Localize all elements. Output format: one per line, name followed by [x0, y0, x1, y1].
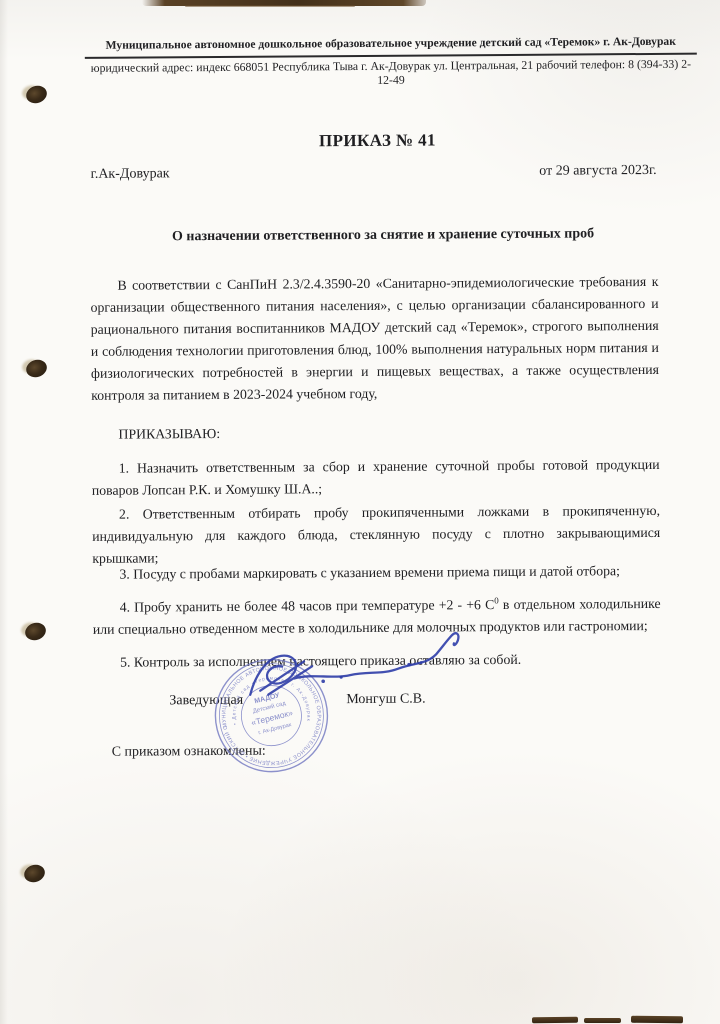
order-subject: О назначении ответственного за снятие и … [90, 226, 676, 246]
document-content: Муниципальное автономное дошкольное обра… [0, 0, 720, 1024]
signature-name: Монгуш С.В. [346, 692, 425, 709]
official-round-stamp: МУНИЦИПАЛЬНОЕ АВТОНОМНОЕ ДОШКОЛЬНОЕ ОБРА… [204, 648, 339, 783]
order-item-2: 2. Ответственным отбирать пробу прокипяч… [92, 500, 660, 570]
scan-top-edge-streak-shadow [185, 5, 355, 7]
intro-paragraph: В соответствии с СанПиН 2.3/2.4.3590-20 … [90, 271, 659, 407]
order-title: ПРИКАЗ № 41 [87, 129, 667, 153]
institution-address: юридический адрес: индекс 668051 Республ… [85, 57, 697, 89]
scanned-document-page: Муниципальное автономное дошкольное обра… [0, 0, 720, 1024]
order-city: г.Ак-Довурак [91, 166, 170, 183]
scan-bottom-edge-mark [631, 1016, 683, 1023]
command-word: ПРИКАЗЫВАЮ: [118, 426, 220, 443]
order-item-5: 5. Контроль за исполнением настоящего пр… [93, 648, 661, 674]
scan-bottom-edge-mark [532, 1017, 578, 1023]
place-date-row: г.Ак-Довурак от 29 августа 2023г. [91, 163, 657, 183]
order-item-1: 1. Назначить ответственным за сбор и хра… [92, 454, 660, 502]
scan-bottom-edge-mark [584, 1018, 621, 1023]
order-date: от 29 августа 2023г. [539, 163, 656, 180]
order-item-4: 4. Пробу хранить не более 48 часов при т… [93, 593, 661, 641]
order-item-4-text: 4. Пробу хранить не более 48 часов при т… [120, 597, 495, 615]
order-item-3: 3. Посуду с пробами маркировать с указан… [92, 560, 660, 586]
letterhead: Муниципальное автономное дошкольное обра… [85, 34, 697, 89]
institution-name: Муниципальное автономное дошкольное обра… [85, 34, 697, 59]
